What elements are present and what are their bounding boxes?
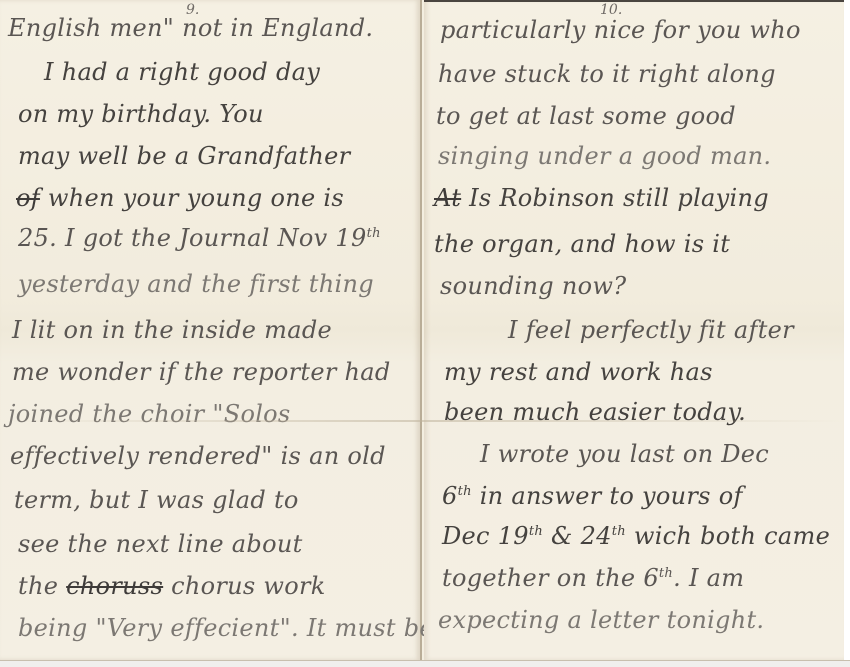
handwritten-line: the organ, and how is it	[434, 230, 730, 258]
handwritten-line: 6th in answer to yours of	[442, 482, 743, 510]
scan-margin-bottom	[0, 660, 850, 667]
handwritten-line: joined the choir "Solos	[8, 400, 291, 428]
handwritten-line: At Is Robinson still playing	[434, 184, 769, 212]
handwritten-line: together on the 6th. I am	[442, 564, 744, 592]
handwritten-line: me wonder if the reporter had	[12, 358, 391, 386]
right-page: 10. particularly nice for you who have s…	[424, 0, 844, 660]
handwritten-line: being "Very effecient". It must be	[18, 614, 434, 642]
handwritten-line: I had a right good day	[44, 58, 320, 86]
handwritten-line: to get at last some good	[436, 102, 736, 130]
letter-scan: 9. English men" not in England. I had a …	[0, 0, 850, 667]
line-text: 25. I got the Journal Nov 19	[18, 224, 367, 252]
handwritten-line: I feel perfectly fit after	[508, 316, 794, 344]
handwritten-line: Dec 19th & 24th wich both came	[442, 522, 830, 550]
paper-fold-line	[0, 420, 844, 422]
line-text: . I am	[673, 564, 744, 592]
line-text: chorus work	[171, 572, 326, 600]
page-edge-shadow	[424, 0, 844, 2]
line-text: when your young one is	[48, 184, 344, 212]
superscript: th	[367, 226, 381, 241]
handwritten-line: expecting a letter tonight.	[438, 606, 764, 634]
handwritten-line: my rest and work has	[444, 358, 713, 386]
line-text: the	[18, 572, 58, 600]
handwritten-line: English men" not in England.	[8, 14, 373, 42]
superscript: th	[659, 566, 673, 581]
handwritten-line: I wrote you last on Dec	[480, 440, 769, 468]
handwritten-line: particularly nice for you who	[440, 16, 801, 44]
line-text: Is Robinson still playing	[469, 184, 769, 212]
handwritten-line: singing under a good man.	[438, 142, 771, 170]
handwritten-line: sounding now?	[440, 272, 626, 300]
scan-margin	[844, 0, 850, 667]
superscript: th	[612, 524, 626, 539]
line-text: together on the 6	[442, 564, 659, 592]
handwritten-line: the choruss chorus work	[18, 572, 326, 600]
struck-word: choruss	[66, 572, 163, 600]
handwritten-line: of when your young one is	[16, 184, 344, 212]
handwritten-line: yesterday and the first thing	[18, 270, 374, 298]
handwritten-line: on my birthday. You	[18, 100, 264, 128]
handwritten-line: see the next line about	[18, 530, 303, 558]
handwritten-line: term, but I was glad to	[14, 486, 299, 514]
struck-word: of	[16, 184, 40, 212]
line-text: wich both came	[626, 522, 830, 550]
handwritten-line: may well be a Grandfather	[18, 142, 350, 170]
superscript: th	[458, 484, 472, 499]
superscript: th	[529, 524, 543, 539]
line-text: Dec 19	[442, 522, 529, 550]
handwritten-line: effectively rendered" is an old	[10, 442, 386, 470]
struck-word: At	[434, 184, 461, 212]
line-text: & 24	[543, 522, 612, 550]
line-text: in answer to yours of	[472, 482, 743, 510]
handwritten-line: I lit on in the inside made	[12, 316, 332, 344]
handwritten-line: 25. I got the Journal Nov 19th	[18, 224, 381, 252]
left-page: 9. English men" not in England. I had a …	[0, 0, 422, 660]
handwritten-line: have stuck to it right along	[438, 60, 776, 88]
line-text: 6	[442, 482, 458, 510]
